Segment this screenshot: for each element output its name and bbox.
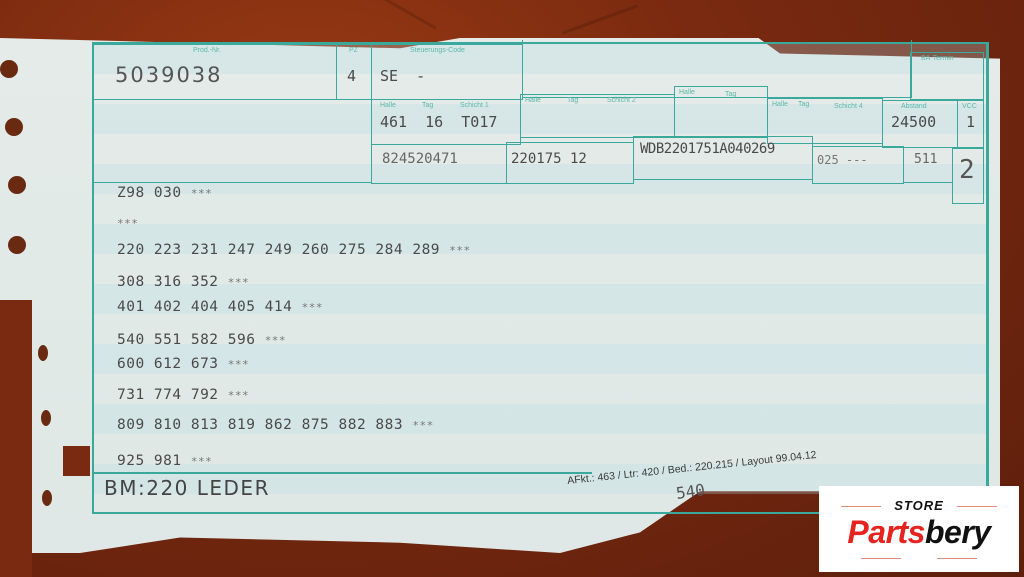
- schicht4-label: Schicht 4: [834, 103, 863, 110]
- pz-cell: PZ 4: [336, 44, 372, 100]
- code-row: ***: [117, 215, 138, 231]
- logo-brand-black: bery: [925, 514, 991, 550]
- code-row: 308 316 352 ***: [117, 274, 249, 290]
- perforation-hole: [8, 176, 26, 194]
- tag-label: Tag: [567, 97, 578, 104]
- code-row-stars: ***: [265, 334, 286, 347]
- code-row-text: 600 612 673: [117, 356, 219, 372]
- code-row-stars: ***: [191, 455, 212, 468]
- perforation-hole: [38, 345, 48, 361]
- bm-text: BM:220 LEDER: [104, 476, 270, 500]
- code-row-text: 925 981: [117, 453, 182, 469]
- vcc-value: 1: [966, 113, 975, 131]
- halle-label: Halle: [380, 102, 396, 109]
- auftrag-value: 824520471: [382, 151, 458, 167]
- box-value: 2: [959, 155, 975, 185]
- schicht2-label: Schicht 2: [607, 97, 636, 104]
- footer-divider: [92, 472, 592, 474]
- code-row-text: 809 810 813 819 862 875 882 883: [117, 417, 403, 433]
- code-row: Z98 030 ***: [117, 185, 212, 201]
- typ-cell: 220175 12: [506, 142, 634, 184]
- ba-termin-label: BA-Termin: [921, 55, 954, 62]
- code-row-text: 731 774 792: [117, 387, 219, 403]
- logo-brand: Partsbery: [819, 514, 1019, 551]
- code-row-stars: ***: [449, 244, 470, 257]
- code-row: 401 402 404 405 414 ***: [117, 299, 323, 315]
- logo-rule: [937, 558, 977, 559]
- schicht1-value: 461 16 T017: [380, 113, 497, 131]
- prod-nr-label: Prod.-Nr.: [193, 47, 221, 54]
- code-row-text: 220 223 231 247 249 260 275 284 289: [117, 242, 440, 258]
- code-row-stars: ***: [302, 301, 323, 314]
- code-cell: 025 ---: [812, 146, 904, 184]
- code-row-stars: ***: [412, 419, 433, 432]
- code-row-stars: ***: [117, 217, 138, 230]
- wood-grain: [383, 0, 436, 30]
- blank-left-cell: [92, 99, 372, 183]
- tag-label: Tag: [725, 91, 736, 98]
- schicht1-cell: Halle Tag Schicht 1 461 16 T017: [371, 99, 521, 145]
- halle-label: Halle: [679, 89, 695, 96]
- steuerungs-code-cell: Steuerungs-Code SE -: [371, 44, 523, 100]
- perforation-hole: [41, 410, 51, 426]
- code-row-stars: ***: [228, 389, 249, 402]
- code-row: 220 223 231 247 249 260 275 284 289 ***: [117, 242, 471, 258]
- box-cell: 2: [952, 148, 984, 204]
- halle-label: Halle: [525, 97, 541, 104]
- vcc-label: VCC: [962, 103, 977, 110]
- code-row-stars: ***: [228, 276, 249, 289]
- schicht2-cell: Halle Tag Schicht 2: [520, 94, 675, 138]
- perforation-hole: [8, 236, 26, 254]
- code-row: 540 551 582 596 ***: [117, 332, 286, 348]
- abstand-value: 24500: [891, 113, 936, 131]
- torn-notch: [63, 446, 90, 476]
- halle-label: Halle: [772, 101, 788, 108]
- prod-nr-cell: Prod.-Nr. 5039038: [92, 44, 337, 100]
- vcc-cell: VCC 1: [957, 100, 984, 148]
- pz-value: 4: [347, 67, 356, 85]
- code-row-text: 540 551 582 596: [117, 332, 255, 348]
- abstand-label: Abstand: [901, 103, 927, 110]
- code-row: 600 612 673 ***: [117, 356, 249, 372]
- code-row: 731 774 792 ***: [117, 387, 249, 403]
- fin-cell: WDB2201751A040269: [633, 136, 813, 180]
- typ-value: 220175 12: [511, 151, 587, 167]
- schicht1-label: Schicht 1: [460, 102, 489, 109]
- tag-label: Tag: [422, 102, 433, 109]
- code-row-stars: ***: [191, 187, 212, 200]
- partsbery-logo: STORE Partsbery: [819, 486, 1019, 572]
- stamp-number: 540: [675, 480, 706, 503]
- code-row: 925 981 ***: [117, 453, 212, 469]
- code-value: 025 ---: [817, 153, 868, 167]
- torn-edge: [0, 300, 32, 577]
- lack-cell: 511: [903, 147, 953, 183]
- abstand-cell: Abstand 24500: [882, 100, 958, 148]
- ba-termin-cell: BA-Termin: [910, 52, 984, 100]
- code-row: 809 810 813 819 862 875 882 883 ***: [117, 417, 434, 433]
- auftrag-cell: 824520471: [371, 144, 507, 184]
- code-row-text: Z98 030: [117, 185, 182, 201]
- steuerungs-code-label: Steuerungs-Code: [410, 47, 465, 54]
- logo-rule: [861, 558, 901, 559]
- steuerungs-code-value: SE -: [380, 67, 425, 85]
- wood-grain: [562, 4, 638, 34]
- pz-label: PZ: [349, 47, 358, 54]
- tag-label: Tag: [798, 101, 809, 108]
- fin-value: WDB2201751A040269: [640, 141, 775, 157]
- logo-store-text: STORE: [819, 498, 1019, 513]
- prod-nr-value: 5039038: [115, 63, 223, 87]
- code-row-stars: ***: [228, 358, 249, 371]
- code-row-text: 401 402 404 405 414: [117, 299, 292, 315]
- schicht3-cell: Halle Tag: [674, 86, 768, 138]
- perforation-hole: [0, 60, 18, 78]
- perforation-hole: [42, 490, 52, 506]
- logo-brand-red: Parts: [847, 514, 925, 550]
- perforation-hole: [5, 118, 23, 136]
- code-row-text: 308 316 352: [117, 274, 219, 290]
- lack-value: 511: [914, 152, 937, 167]
